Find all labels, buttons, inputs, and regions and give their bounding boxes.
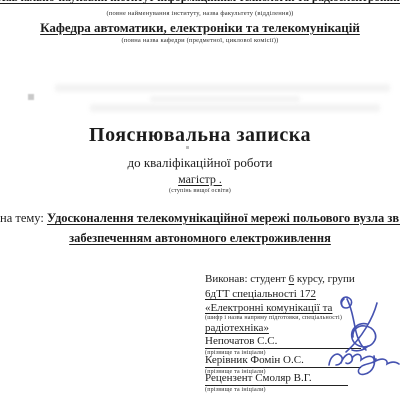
reviewer-caption: (прізвище та ініціали) [205,387,266,393]
specialty-line-2: радіотехніка» [205,322,269,334]
institute-caption: (повне найменування інституту, назва фак… [0,10,400,17]
document-title: Пояснювальна записка [0,124,400,147]
degree-value: магістр . [0,172,400,187]
specialty-caption: (шифр і назва напряму підготовки, спеціа… [205,315,342,321]
scan-speck [28,94,34,100]
bleed-through-line [55,84,390,92]
executor-prefix: Виконав: студент [205,273,289,285]
executor-name-row: Непочатов С.С. [205,335,361,349]
topic-text-1: Удосконалення телекомунікаційної мережі … [47,211,400,225]
reviewer-label: Рецензент [205,372,255,384]
executor-name: Непочатов С.С. [205,335,277,347]
department-name: Кафедра автоматики, електроніки та телек… [0,20,400,36]
institute-name: Навчально-науковий інститут інформаційни… [0,0,400,4]
department-caption: (повна назва кафедри (предметної, циклов… [0,37,400,44]
specialty-line-1: «Електронні комунікації та [205,302,332,314]
reviewer-name: Смоляр В.Г. [255,372,311,384]
supervisor-name: Фомін О.С. [250,354,303,366]
executor-suffix: курсу, групи [294,273,355,285]
executor-line: Виконав: студент 6 курсу, групи [205,273,355,285]
topic-prefix: на тему: [0,211,44,225]
bleed-through-line [150,96,300,102]
bleed-through-line [90,104,380,112]
degree-caption: (ступінь вищої освіти) [0,188,400,194]
group-line: 6дТТ спеціальності 172 [205,288,316,300]
supervisor-label: Керівник [205,354,250,366]
reviewer-row: Рецензент Смоляр В.Г. [205,372,348,386]
supervisor-row: Керівник Фомін О.С. [205,354,361,368]
document-subtitle: до кваліфікаційної роботи [0,155,400,171]
topic-text-2: забезпеченням автономного електроживленн… [0,231,400,246]
topic-line-1: на тему: Удосконалення телекомунікаційно… [0,211,400,226]
